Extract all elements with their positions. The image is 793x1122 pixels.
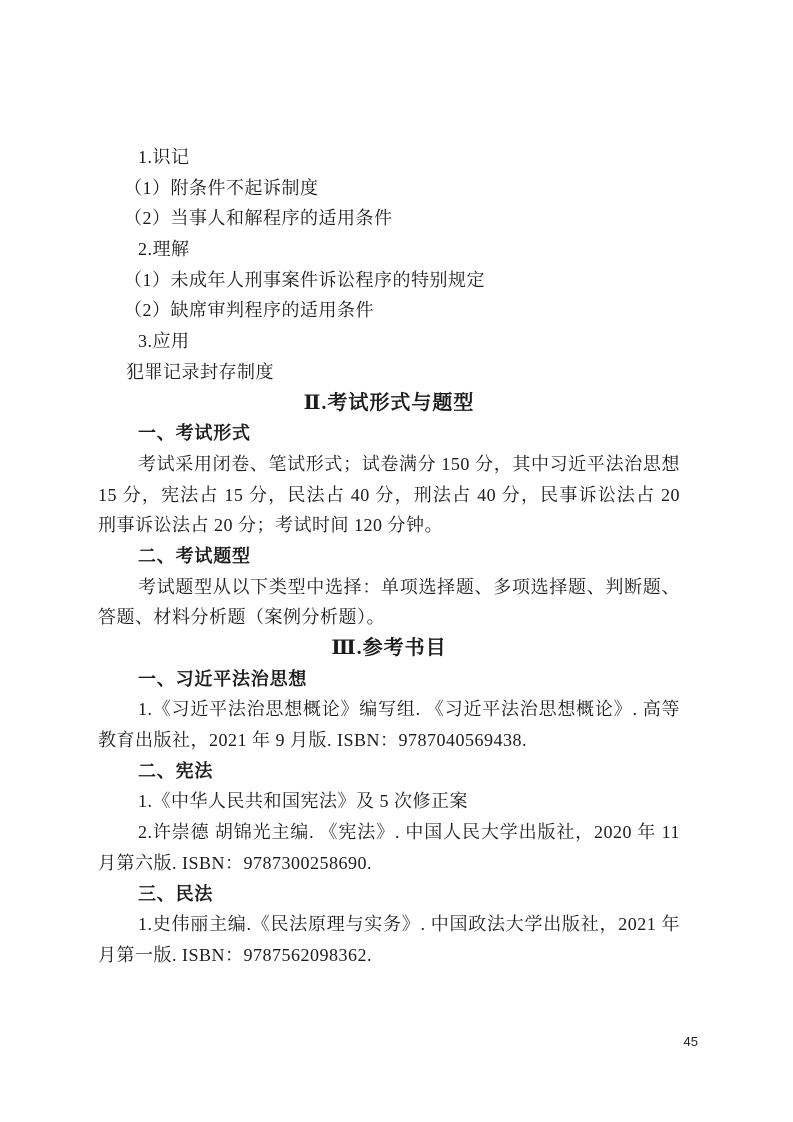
book-reference-line: 月第一版. ISBN：9787562098362.: [98, 940, 680, 971]
subsection-heading: 一、习近平法治思想: [98, 664, 680, 695]
list-item-line: 1.识记: [98, 142, 680, 173]
list-item-line: （2）当事人和解程序的适用条件: [98, 203, 680, 234]
content-line: 犯罪记录封存制度: [98, 357, 680, 388]
paragraph-line: 刑事诉讼法占 20 分；考试时间 120 分钟。: [98, 510, 680, 541]
subsection-heading: 三、民法: [98, 879, 680, 910]
paragraph-line: 考试题型从以下类型中选择：单项选择题、多项选择题、判断题、简: [98, 572, 680, 603]
book-reference-line: 1.史伟丽主编.《民法原理与实务》. 中国政法大学出版社，2021 年 1: [98, 909, 680, 940]
paragraph-line: 答题、材料分析题（案例分析题）。: [98, 602, 680, 633]
list-item-line: （2）缺席审判程序的适用条件: [98, 295, 680, 326]
subsection-heading: 二、宪法: [98, 756, 680, 787]
list-item-line: （1）未成年人刑事案件诉讼程序的特别规定: [98, 265, 680, 296]
subsection-heading: 二、考试题型: [98, 541, 680, 572]
document-page: 1.识记 （1）附条件不起诉制度 （2）当事人和解程序的适用条件 2.理解 （1…: [0, 0, 793, 1122]
book-reference-line: 月第六版. ISBN：9787300258690.: [98, 848, 680, 879]
section-title-exam-format: Ⅱ.考试形式与题型: [98, 388, 680, 419]
page-number: 45: [684, 1034, 698, 1050]
list-item-line: （1）附条件不起诉制度: [98, 173, 680, 204]
book-reference-line: 2.许崇德 胡锦光主编. 《宪法》. 中国人民大学出版社，2020 年 11: [98, 817, 680, 848]
list-item-line: 3.应用: [98, 326, 680, 357]
paragraph-line: 考试采用闭卷、笔试形式；试卷满分 150 分，其中习近平法治思想占: [98, 449, 680, 480]
list-item-line: 2.理解: [98, 234, 680, 265]
section-title-reference-books: Ⅲ.参考书目: [98, 633, 680, 664]
book-reference-line: 教育出版社，2021 年 9 月版. ISBN：9787040569438.: [98, 725, 680, 756]
paragraph-line: 15 分，宪法占 15 分，民法占 40 分，刑法占 40 分，民事诉讼法占 2…: [98, 480, 680, 511]
book-reference-line: 1.《中华人民共和国宪法》及 5 次修正案: [98, 786, 680, 817]
book-reference-line: 1.《习近平法治思想概论》编写组. 《习近平法治思想概论》. 高等: [98, 694, 680, 725]
document-body: 1.识记 （1）附条件不起诉制度 （2）当事人和解程序的适用条件 2.理解 （1…: [98, 142, 680, 971]
subsection-heading: 一、考试形式: [98, 418, 680, 449]
